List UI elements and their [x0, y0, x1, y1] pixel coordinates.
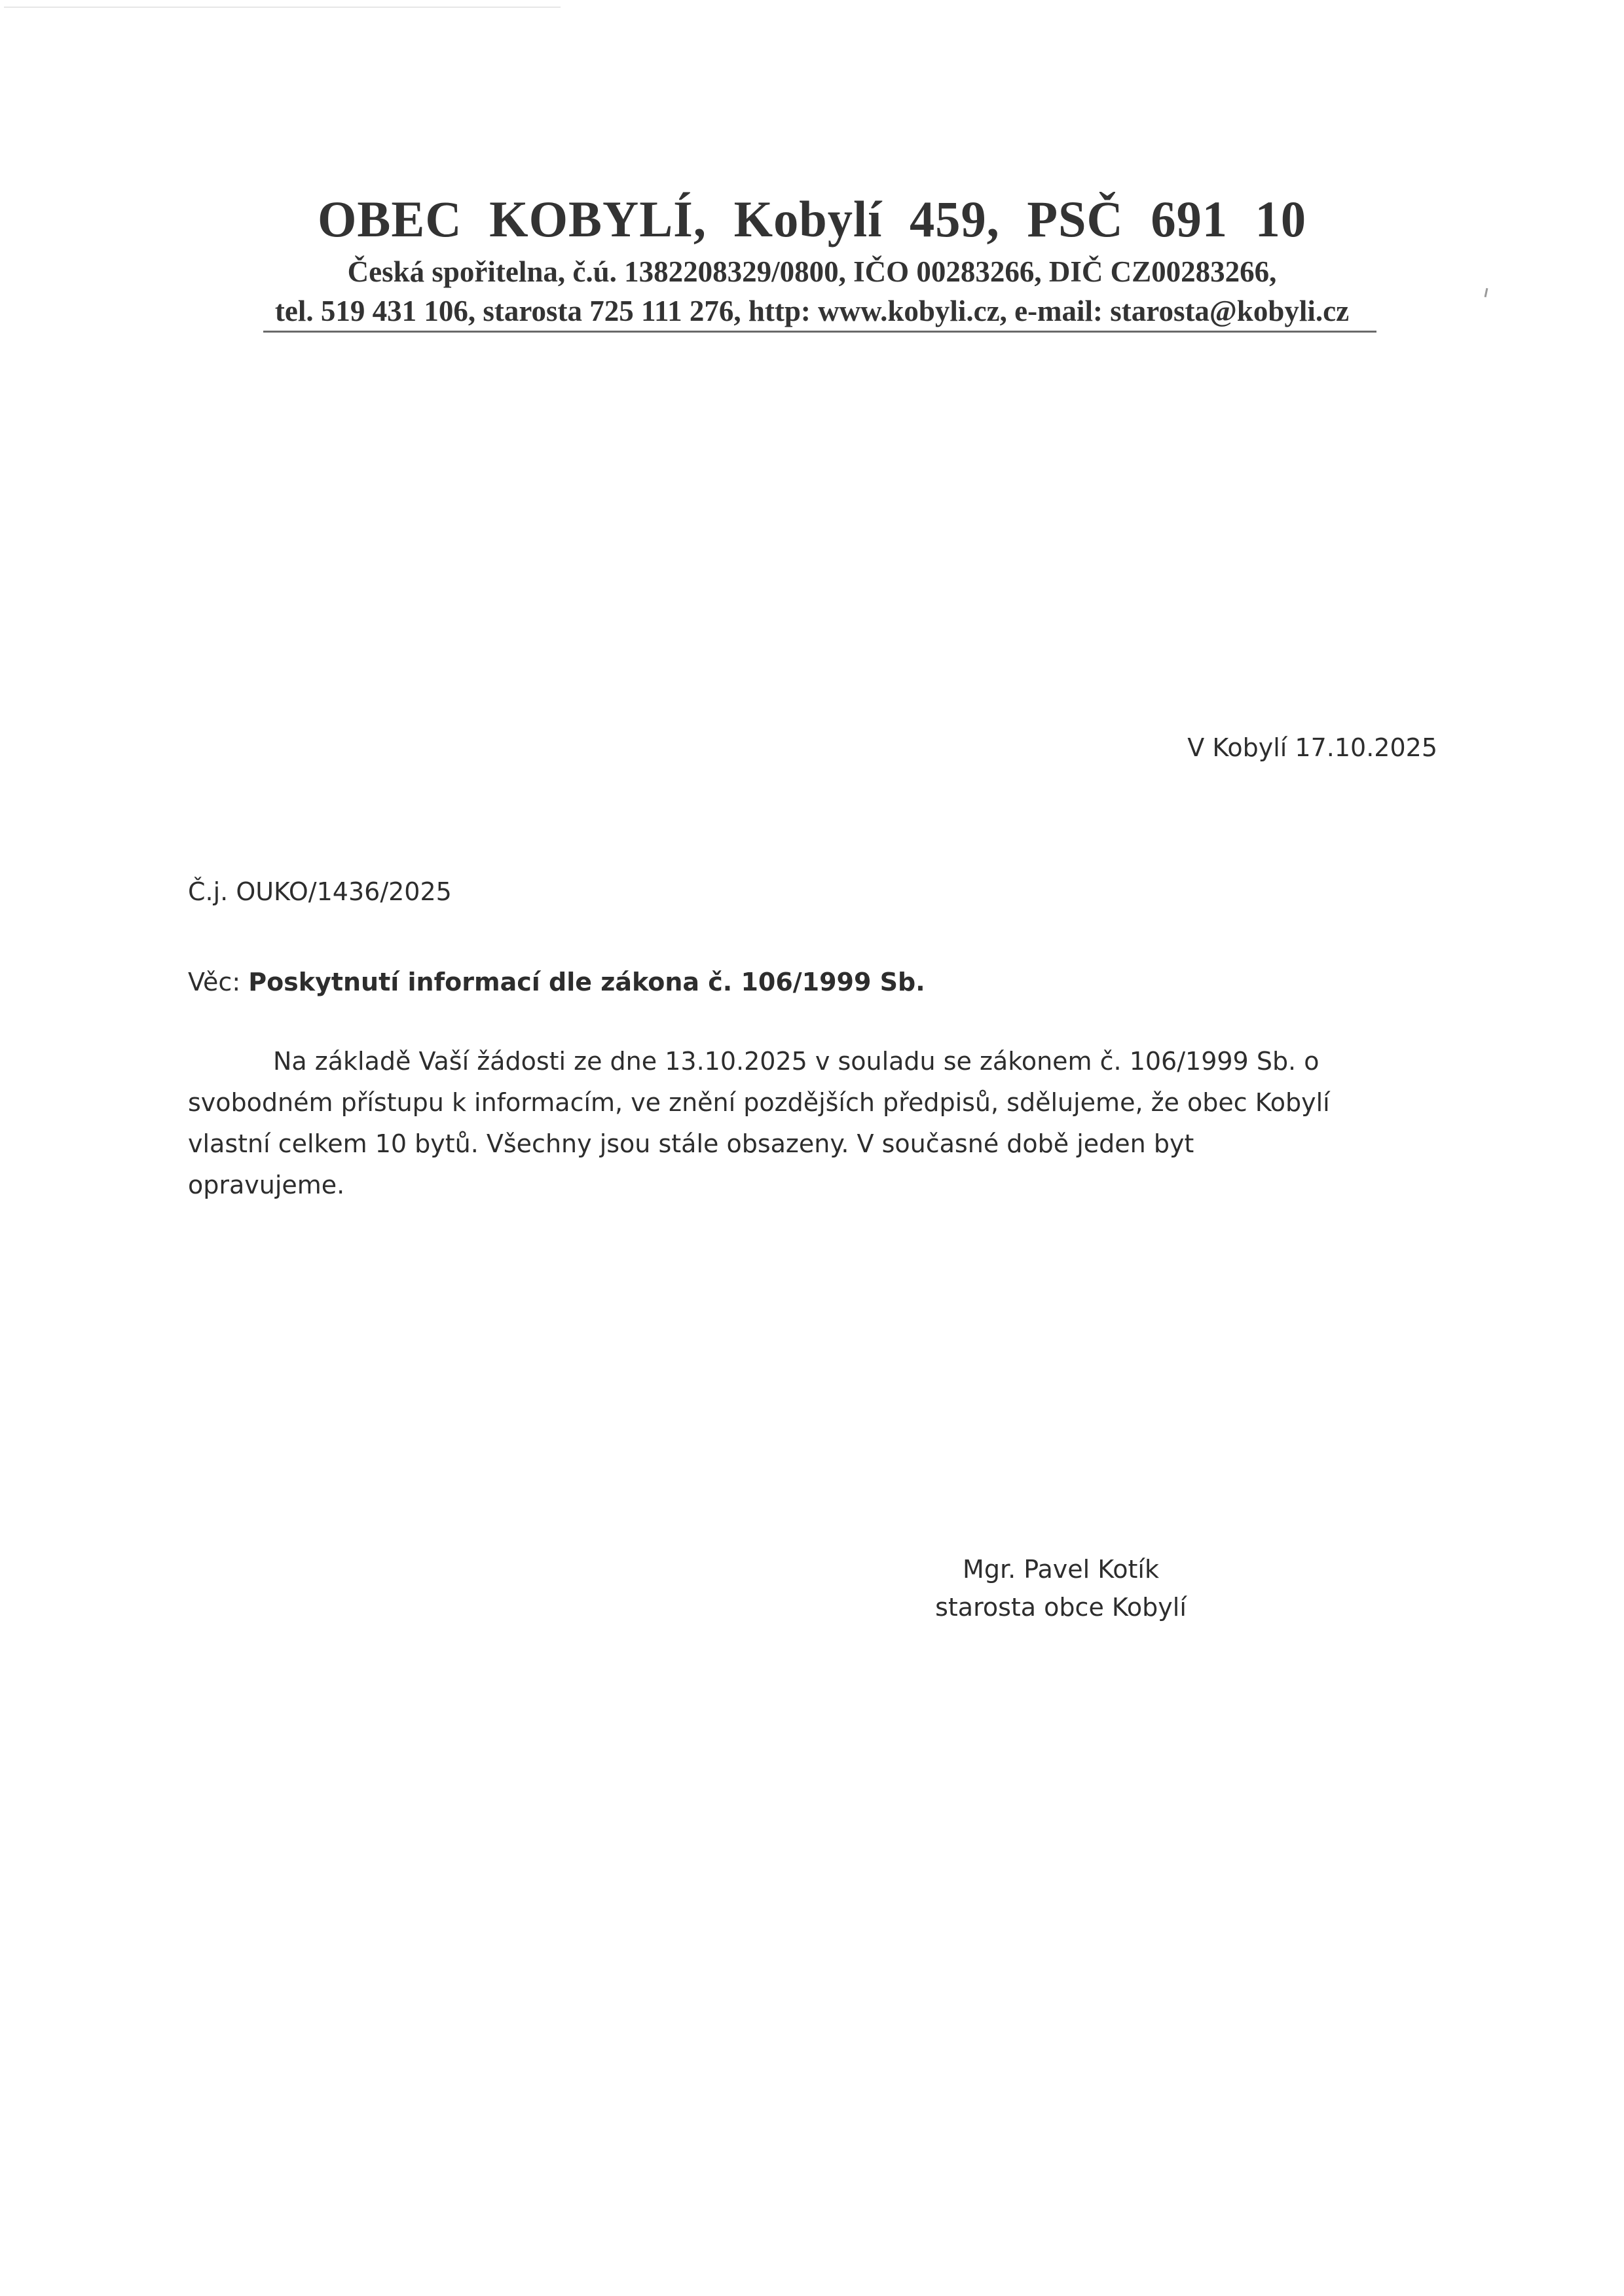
body-line: vlastní celkem 10 bytů. Všechny jsou stá…: [188, 1123, 1432, 1165]
subject-line: Věc: Poskytnutí informací dle zákona č. …: [188, 968, 925, 996]
letterhead-title: OBEC KOBYLÍ, Kobylí 459, PSČ 691 10: [16, 187, 1608, 252]
body-line: Na základě Vaší žádosti ze dne 13.10.202…: [188, 1041, 1432, 1082]
body-line: svobodném přístupu k informacím, ve zněn…: [188, 1082, 1432, 1123]
signatory-title: starosta obce Kobylí: [910, 1588, 1211, 1626]
scan-edge-artifact: [4, 7, 561, 8]
subject-label: Věc:: [188, 968, 240, 996]
letterhead-contacts: tel. 519 431 106, starosta 725 111 276, …: [0, 291, 1624, 331]
body-line: opravujeme.: [188, 1165, 1432, 1206]
signature-block: Mgr. Pavel Kotík starosta obce Kobylí: [910, 1550, 1211, 1626]
body-paragraph: Na základě Vaší žádosti ze dne 13.10.202…: [188, 1041, 1432, 1206]
reference-number: Č.j. OUKO/1436/2025: [188, 877, 452, 906]
letterhead: OBEC KOBYLÍ, Kobylí 459, PSČ 691 10 Česk…: [0, 187, 1624, 331]
letterhead-bank-ids: Česká spořitelna, č.ú. 1382208329/0800, …: [0, 252, 1624, 291]
subject-value: Poskytnutí informací dle zákona č. 106/1…: [248, 968, 925, 996]
date-place: V Kobylí 17.10.2025: [1187, 733, 1437, 762]
letterhead-divider: [263, 331, 1376, 333]
signatory-name: Mgr. Pavel Kotík: [910, 1550, 1211, 1588]
